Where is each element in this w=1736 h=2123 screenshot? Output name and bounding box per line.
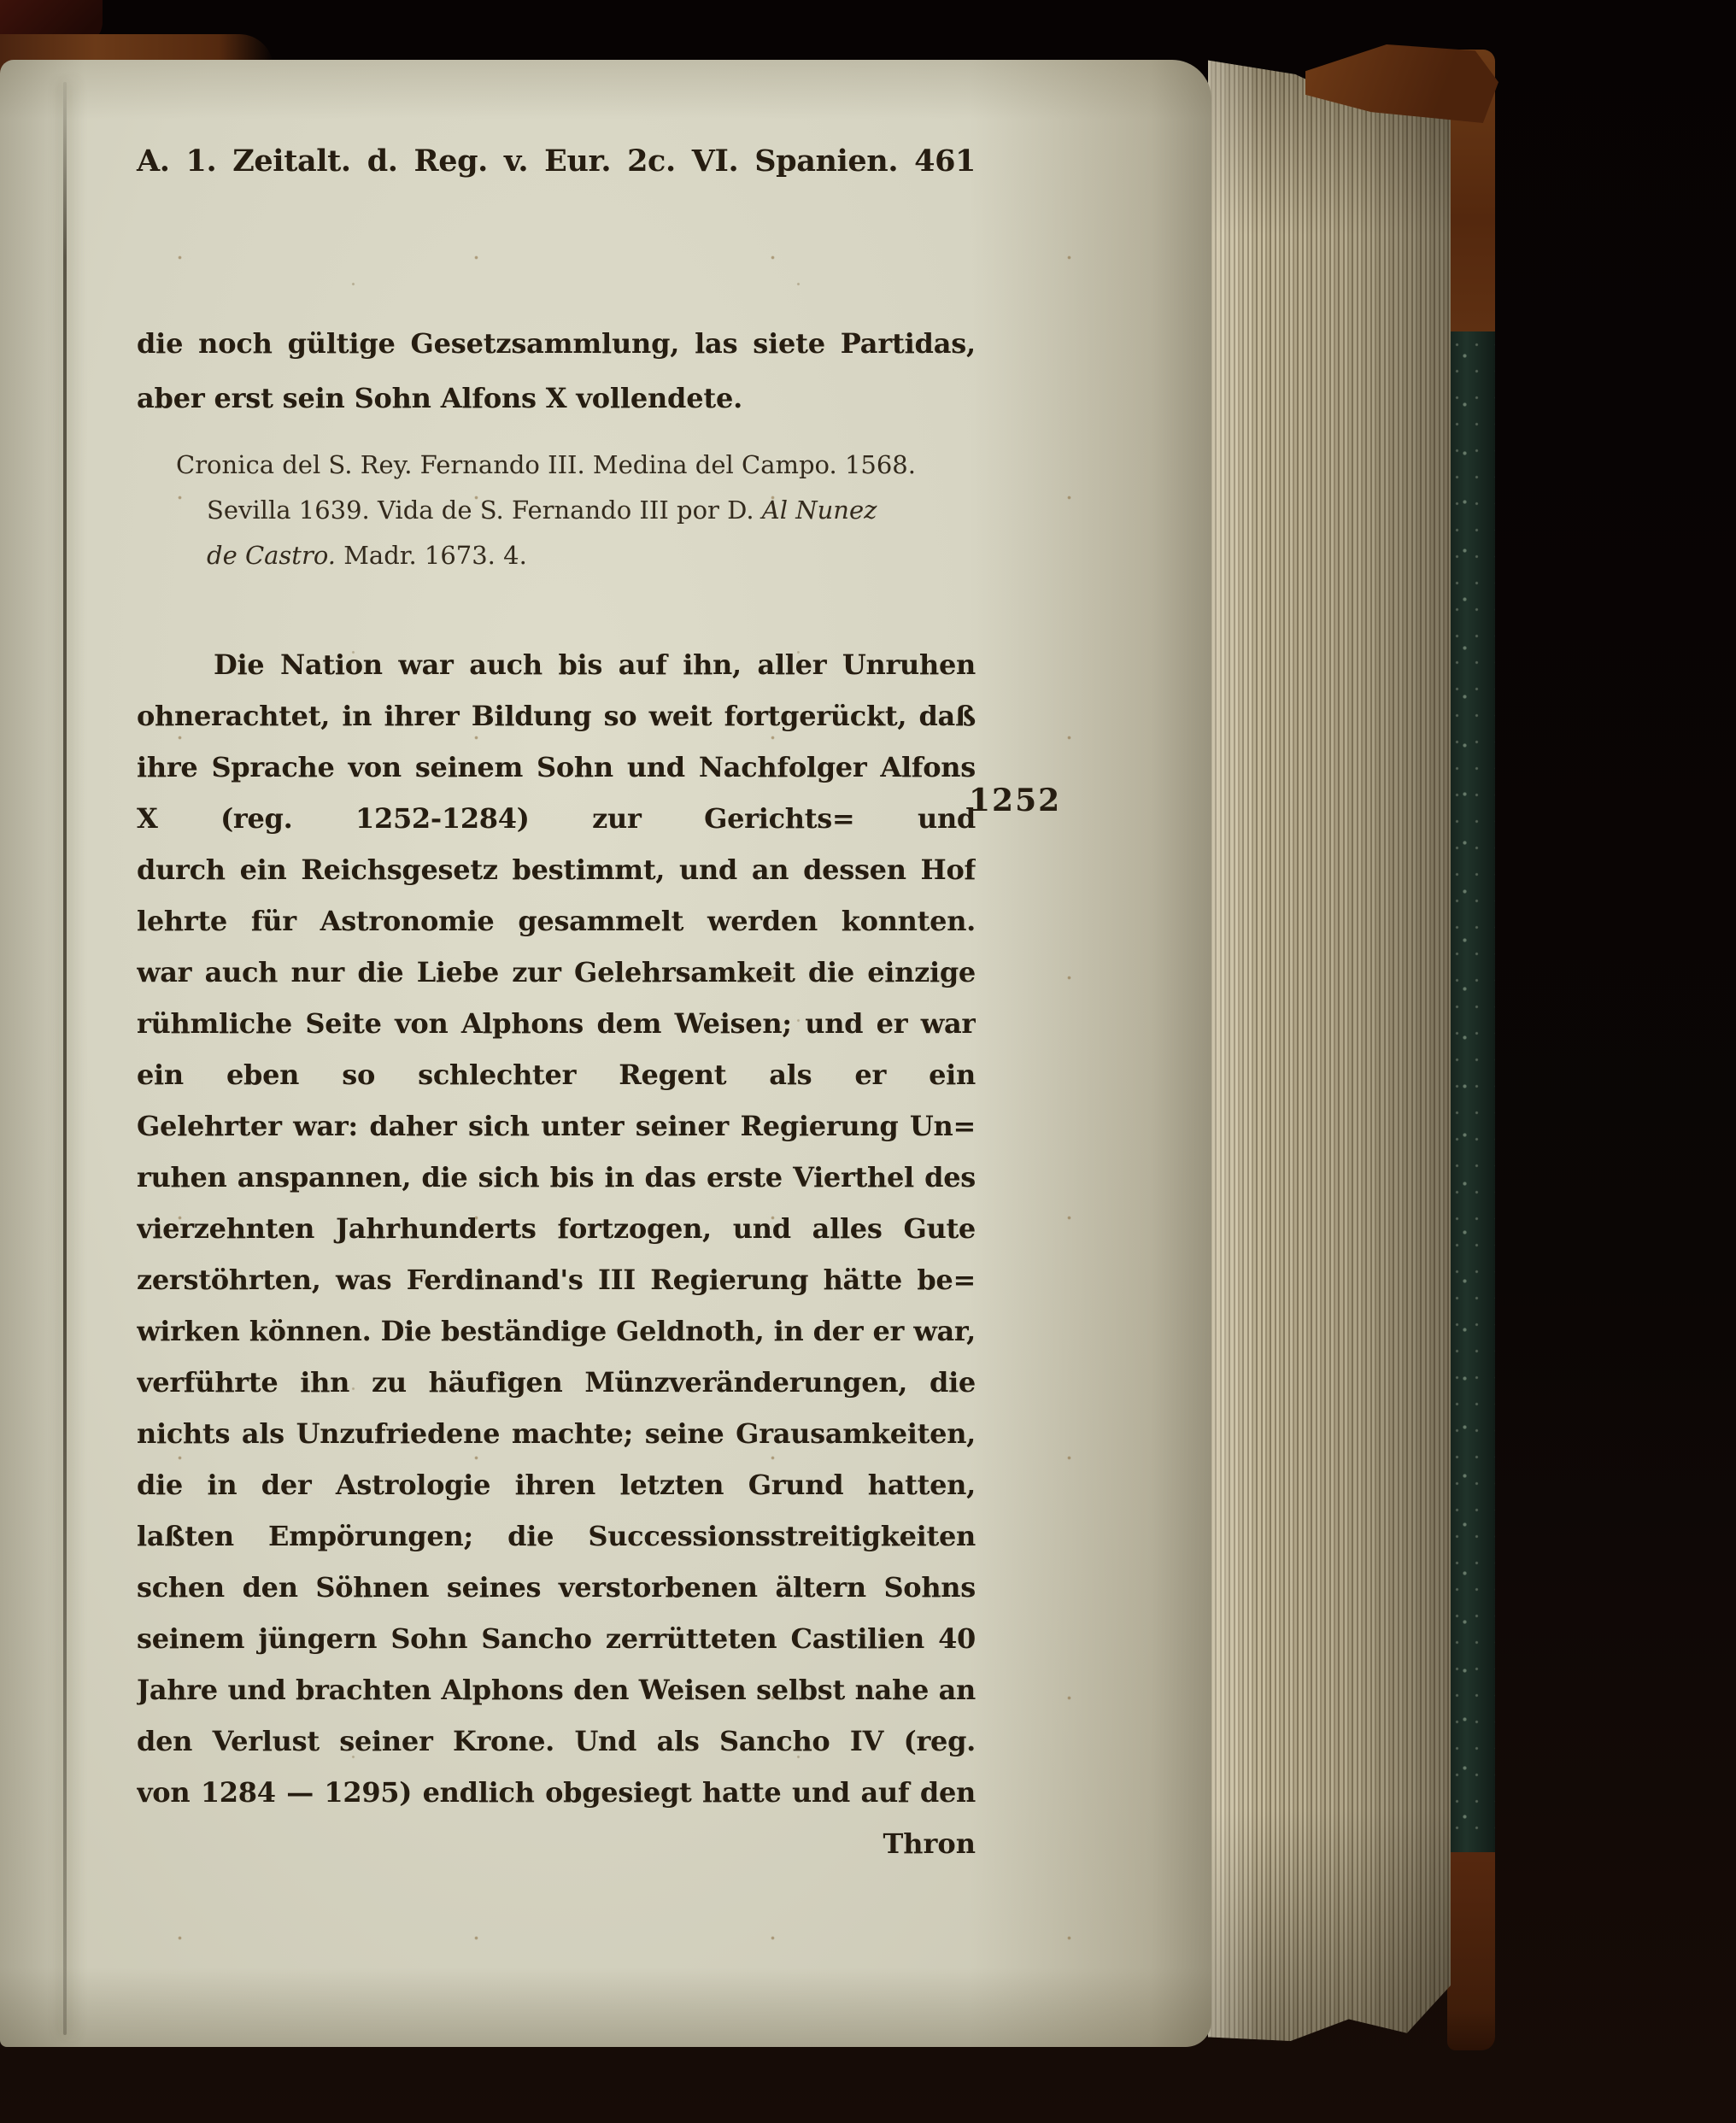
text-line: de Castro. Madr. 1673. 4.	[137, 533, 976, 578]
intro-paragraph: die noch gültige Gesetzsammlung, las sie…	[137, 316, 976, 425]
text-line: zerstöhrten, was Ferdinand's III Regieru…	[137, 1254, 976, 1305]
book-scan-photo: A. 1. Zeitalt. d. Reg. v. Eur. 2c. VI. S…	[0, 0, 1736, 2123]
text-line: Sevilla 1639. Vida de S. Fernando III po…	[137, 488, 976, 533]
text-line: schen den Söhnen seines verstorbenen ält…	[137, 1562, 976, 1613]
leather-spine-bottom	[1447, 1852, 1495, 2050]
text-line: war auch nur die Liebe zur Gelehrsamkeit…	[137, 947, 976, 998]
italic-text-segment: de Castro.	[207, 541, 336, 570]
text-line: Gelehrter war: daher sich unter seiner R…	[137, 1100, 976, 1152]
text-line: Die Nation war auch bis auf ihn, aller U…	[137, 639, 976, 690]
text-line: ohnerachtet, in ihrer Bildung so weit fo…	[137, 690, 976, 742]
text-line: aber erst sein Sohn Alfons X vollendete.	[137, 371, 976, 425]
catchword: Thron	[137, 1818, 976, 1869]
text-line: lehrte für Astronomie gesammelt werden k…	[137, 895, 976, 947]
text-segment: Sevilla 1639. Vida de S. Fernando III po…	[207, 496, 762, 525]
text-line: ruhen anspannen, die sich bis in das ers…	[137, 1152, 976, 1203]
italic-text-segment: Al Nunez	[762, 496, 877, 525]
text-line: die in der Astrologie ihren letzten Grun…	[137, 1459, 976, 1510]
text-line: laßten Empörungen; die Successionsstreit…	[137, 1510, 976, 1562]
running-header: A. 1. Zeitalt. d. Reg. v. Eur. 2c. VI. S…	[137, 144, 976, 179]
text-line: rühmliche Seite von Alphons dem Weisen; …	[137, 998, 976, 1049]
text-line: wirken können. Die beständige Geldnoth, …	[137, 1305, 976, 1357]
marbled-cover-edge	[1447, 331, 1495, 1852]
citation-block: Cronica del S. Rey. Fernando III. Medina…	[137, 443, 976, 578]
page-block-fore-edge	[1208, 56, 1451, 2047]
book-cover-edge	[1447, 50, 1495, 2050]
text-line: von 1284 — 1295) endlich obgesiegt hatte…	[137, 1767, 976, 1818]
text-line: die noch gültige Gesetzsammlung, las sie…	[137, 316, 976, 371]
text-line: Cronica del S. Rey. Fernando III. Medina…	[137, 443, 976, 488]
text-segment: Cronica del S. Rey. Fernando III. Medina…	[176, 450, 916, 479]
text-segment: Madr. 1673. 4.	[336, 541, 527, 570]
margin-year-note: 1252	[969, 783, 1061, 818]
body-paragraph: Die Nation war auch bis auf ihn, aller U…	[137, 639, 976, 1818]
text-line: den Verlust seiner Krone. Und als Sancho…	[137, 1715, 976, 1767]
text-line: seinem jüngern Sohn Sancho zerrütteten C…	[137, 1613, 976, 1664]
text-line: verführte ihn zu häufigen Münzveränderun…	[137, 1357, 976, 1408]
gutter-crease	[63, 82, 67, 2035]
text-line: ein eben so schlechter Regent als er ein…	[137, 1049, 976, 1100]
text-line: Jahre und brachten Alphons den Weisen se…	[137, 1664, 976, 1715]
text-line: durch ein Reichsgesetz bestimmt, und an …	[137, 844, 976, 895]
text-line: X (reg. 1252-1284) zur Gerichts= und Urk…	[137, 793, 976, 844]
text-line: nichts als Unzufriedene machte; seine Gr…	[137, 1408, 976, 1459]
text-line: vierzehnten Jahrhunderts fortzogen, und …	[137, 1203, 976, 1254]
text-line: ihre Sprache von seinem Sohn und Nachfol…	[137, 742, 976, 793]
